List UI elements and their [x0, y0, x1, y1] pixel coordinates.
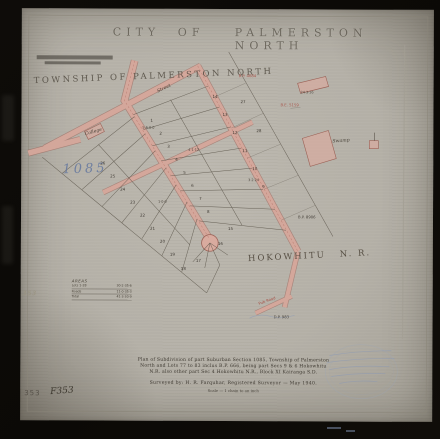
- map-label: B.P. 4684: [239, 73, 257, 78]
- map-label: 27: [241, 99, 246, 104]
- map-label: 1: [150, 118, 153, 123]
- caption-surveyed: Surveyed by: H. R. Farquhar, Registered …: [127, 381, 339, 387]
- title-city: CITY: [113, 26, 160, 39]
- map-sheet-tilt-group: CITY OF PALMERSTON NORTH TOWNSHIP OF PAL…: [0, 0, 440, 439]
- reserve-suffix: N. R.: [340, 248, 372, 259]
- areas-row: Total41·3·30·9: [72, 295, 132, 301]
- fold-line: [402, 45, 404, 339]
- map-label: 9: [262, 184, 265, 189]
- handwritten-reference: F353: [50, 386, 74, 398]
- frame-smudge: [2, 206, 13, 264]
- map-label: 13: [222, 112, 227, 117]
- map-label: 8: [207, 209, 210, 214]
- map-label: 24: [120, 187, 125, 192]
- caption-line3: N.R. also other part Sec 4 Hokowhitu N.R…: [127, 370, 339, 377]
- map-label: B.P. 8906: [298, 214, 316, 219]
- areas-rows: Lots 1-2830·2·35·6Roads11·0·35·3Total41·…: [72, 283, 132, 300]
- map-label: 24·3·16: [301, 90, 314, 94]
- map-label: 2: [159, 131, 162, 136]
- caption-scale: Scale — 1 chain to an inch: [127, 388, 339, 394]
- roads-pink: [28, 60, 299, 313]
- map-label: 10: [252, 166, 257, 171]
- areas-row-label: Roads: [72, 289, 82, 294]
- map-label: 11: [242, 148, 247, 153]
- map-label: 4: [175, 157, 178, 162]
- plan-caption: Plan of Subdivision of part Suburban Sec…: [127, 358, 339, 394]
- map-label: 14: [213, 94, 218, 99]
- title-palmerston-north: PALMERSTON NORTH: [235, 26, 440, 53]
- frame-pencil-mark: [327, 427, 341, 429]
- road-edges: [28, 60, 299, 313]
- areas-row-value: 41·3·30·9: [116, 295, 131, 300]
- map-label: 26: [100, 160, 105, 165]
- map-label: 17: [196, 258, 201, 263]
- frame-smudge: [2, 95, 14, 141]
- map-label: B.E. 5159: [280, 102, 298, 107]
- map-label: 28: [256, 128, 261, 133]
- areas-row-value: 11·0·35·3: [116, 289, 131, 294]
- map-label: 7: [199, 196, 202, 201]
- map-label: 3: [167, 144, 170, 149]
- map-label: 20: [160, 239, 165, 244]
- scanned-map-frame: CITY OF PALMERSTON NORTH TOWNSHIP OF PAL…: [0, 0, 440, 439]
- left-margin-number: 353: [23, 290, 37, 297]
- map-label: 1·0·0: [158, 200, 167, 204]
- areas-schedule: AREAS Lots 1-2830·2·35·6Roads11·0·35·3To…: [72, 278, 132, 300]
- map-label: 5: [183, 170, 186, 175]
- ink-stamp: [37, 55, 113, 59]
- frame-pencil-mark: [346, 430, 355, 432]
- map-label: D.P. 983: [274, 314, 290, 319]
- map-label: 3·2·24: [248, 178, 259, 182]
- map-label: 5·A·0·0: [142, 126, 154, 130]
- map-label: 19: [170, 252, 175, 257]
- ink-stamp-line2: [45, 61, 101, 64]
- map-label: 21: [150, 226, 155, 231]
- areas-row-label: Total: [72, 295, 79, 300]
- northeast-lot-lines: [214, 83, 316, 220]
- map-label: 25: [110, 174, 115, 179]
- map-label: 16: [218, 241, 223, 246]
- map-label: 15: [228, 226, 233, 231]
- bottom-margin-number: 353: [24, 389, 40, 397]
- map-label: 22: [140, 213, 145, 218]
- map-label: 23: [130, 200, 135, 205]
- map-label: 12: [232, 130, 237, 135]
- areas-row-label: Lots 1-28: [72, 283, 87, 288]
- map-label: 4·1·12: [188, 148, 199, 152]
- map-label: 18: [181, 266, 186, 271]
- map-label: 6: [191, 183, 194, 188]
- areas-row-value: 30·2·35·6: [116, 284, 131, 289]
- title-of: OF: [178, 26, 205, 39]
